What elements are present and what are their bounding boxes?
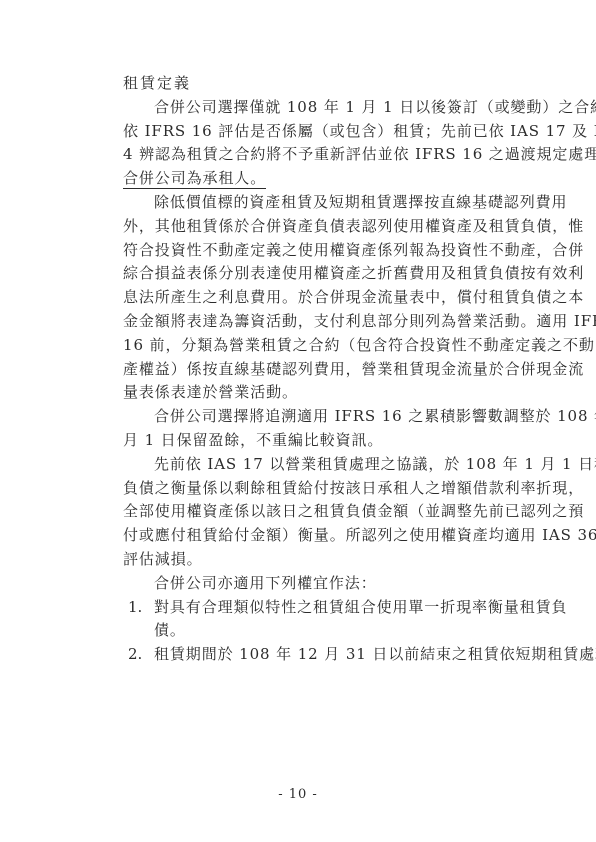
line-text: 先前依 IAS 17 以營業租賃處理之協議，於 108 年 1 月 1 日租賃 [154,455,596,473]
text-line: 依 IFRS 16 評估是否係屬（或包含）租賃；先前已依 IAS 17 及 IF… [123,120,533,144]
line-text: 合併公司亦適用下列權宜作法： [154,574,377,592]
text-line: 1.對具有合理類似特性之租賃組合使用單一折現率衡量租賃負 [123,596,533,620]
line-text: 除低價值標的資產租賃及短期租賃選擇按直線基礎認列費用 [154,193,567,211]
line-text: 依 IFRS 16 評估是否係屬（或包含）租賃；先前已依 IAS 17 及 IF… [123,122,596,140]
line-text: 租賃定義 [123,74,191,92]
line-text: 債。 [154,621,186,639]
text-line: 付或應付租賃給付金額）衡量。所認列之使用權資產均適用 IAS 36 [123,524,533,548]
text-line: 債。 [123,619,533,643]
line-text: 量表係表達於營業活動。 [123,383,298,401]
line-text: 16 前，分類為營業租賃之合約（包含符合投資性不動產定義之不動 [123,336,595,354]
text-line: 息法所產生之利息費用。於合併現金流量表中，償付租賃負債之本 [123,286,533,310]
page-number: - 10 - [0,787,596,802]
document-page: 租賃定義合併公司選擇僅就 108 年 1 月 1 日以後簽訂（或變動）之合約依 … [0,0,596,842]
line-text: 綜合損益表係分別表達使用權資產之折舊費用及租賃負債按有效利 [123,264,584,282]
text-line: 合併公司選擇僅就 108 年 1 月 1 日以後簽訂（或變動）之合約 [123,96,533,120]
line-text: 對具有合理類似特性之租賃組合使用單一折現率衡量租賃負 [154,598,567,616]
line-text: 負債之衡量係以剩餘租賃給付按該日承租人之增額借款利率折現， [123,479,584,497]
line-text: 息法所產生之利息費用。於合併現金流量表中，償付租賃負債之本 [123,288,584,306]
text-line: 合併公司選擇將追溯適用 IFRS 16 之累積影響數調整於 108 年 1 [123,405,533,429]
sub-heading: 合併公司為承租人。 [123,167,533,191]
section-heading: 租賃定義 [123,72,533,96]
line-text: 租賃期間於 108 年 12 月 31 日以前結束之租賃依短期租賃處理。 [154,645,596,663]
text-line: 產權益）係按直線基礎認列費用，營業租賃現金流量於合併現金流 [123,358,533,382]
line-text: 付或應付租賃給付金額）衡量。所認列之使用權資產均適用 IAS 36 [123,526,596,544]
line-text: 外，其他租賃係於合併資產負債表認列使用權資產及租賃負債，惟 [123,217,584,235]
line-text: 評估減損。 [123,550,203,568]
line-text: 產權益）係按直線基礎認列費用，營業租賃現金流量於合併現金流 [123,360,584,378]
text-line: 先前依 IAS 17 以營業租賃處理之協議，於 108 年 1 月 1 日租賃 [123,453,533,477]
list-marker: 2. [128,643,142,667]
text-line: 16 前，分類為營業租賃之合約（包含符合投資性不動產定義之不動 [123,334,533,358]
text-line: 金金額將表達為籌資活動，支付利息部分則列為營業活動。適用 IFRS [123,310,533,334]
text-line: 合併公司亦適用下列權宜作法： [123,572,533,596]
text-line: 評估減損。 [123,548,533,572]
line-text: 合併公司選擇將追溯適用 IFRS 16 之累積影響數調整於 108 年 1 [154,407,596,425]
document-body: 租賃定義合併公司選擇僅就 108 年 1 月 1 日以後簽訂（或變動）之合約依 … [123,72,533,667]
text-line: 符合投資性不動產定義之使用權資產係列報為投資性不動產，合併 [123,239,533,263]
text-line: 2.租賃期間於 108 年 12 月 31 日以前結束之租賃依短期租賃處理。 [123,643,533,667]
text-line: 負債之衡量係以剩餘租賃給付按該日承租人之增額借款利率折現， [123,477,533,501]
text-line: 綜合損益表係分別表達使用權資產之折舊費用及租賃負債按有效利 [123,262,533,286]
text-line: 外，其他租賃係於合併資產負債表認列使用權資產及租賃負債，惟 [123,215,533,239]
line-text: 金金額將表達為籌資活動，支付利息部分則列為營業活動。適用 IFRS [123,312,596,330]
text-line: 全部使用權資產係以該日之租賃負債金額（並調整先前已認列之預 [123,500,533,524]
list-marker: 1. [128,596,142,620]
text-line: 月 1 日保留盈餘，不重編比較資訊。 [123,429,533,453]
line-text: 合併公司選擇僅就 108 年 1 月 1 日以後簽訂（或變動）之合約 [154,98,596,116]
text-line: 量表係表達於營業活動。 [123,381,533,405]
text-line: 4 辨認為租賃之合約將不予重新評估並依 IFRS 16 之過渡規定處理。 [123,143,533,167]
line-text: 月 1 日保留盈餘，不重編比較資訊。 [123,431,383,449]
line-text: 符合投資性不動產定義之使用權資產係列報為投資性不動產，合併 [123,241,584,259]
line-text: 合併公司為承租人。 [123,169,266,189]
line-text: 全部使用權資產係以該日之租賃負債金額（並調整先前已認列之預 [123,502,584,520]
line-text: 4 辨認為租賃之合約將不予重新評估並依 IFRS 16 之過渡規定處理。 [123,145,596,163]
text-line: 除低價值標的資產租賃及短期租賃選擇按直線基礎認列費用 [123,191,533,215]
